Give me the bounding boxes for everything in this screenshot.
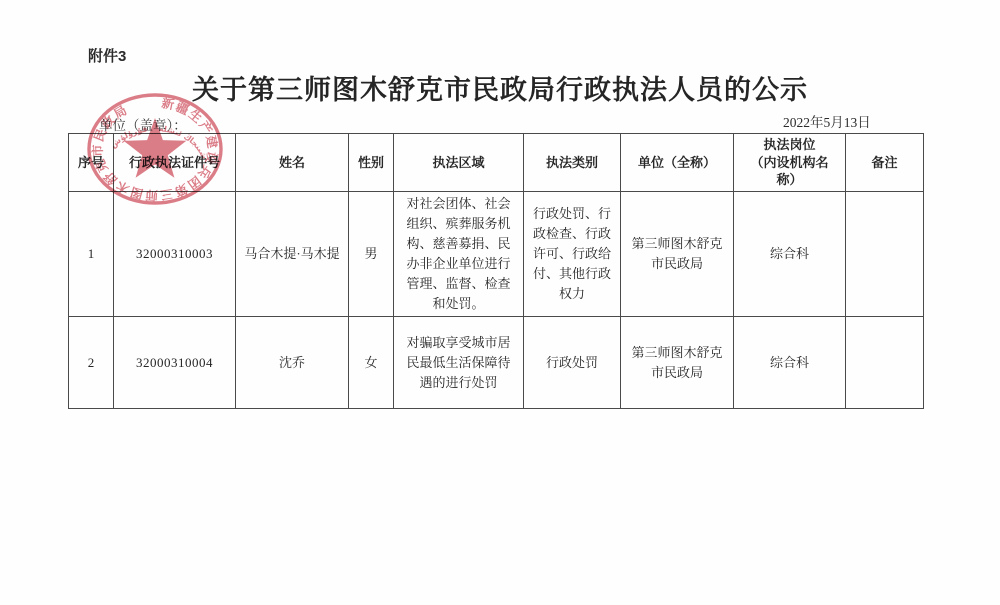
cell-unit-full-name: 第三师图木舒克市民政局 <box>621 317 734 409</box>
cell-enforcement-area: 对社会团体、社会组织、殡葬服务机构、慈善募捐、民办非企业单位进行管理、监督、检查… <box>394 191 524 317</box>
table-row: 2 32000310004 沈乔 女 对骗取享受城市居民最低生活保障待遇的进行处… <box>69 317 924 409</box>
header-enforcement-post: 执法岗位 （内设机构名称） <box>734 134 846 192</box>
cell-remarks <box>846 317 924 409</box>
cell-serial-number: 2 <box>69 317 114 409</box>
unit-seal-label: 单位（盖章）： <box>99 114 187 134</box>
cell-gender: 男 <box>349 191 394 317</box>
cell-enforcement-category: 行政处罚、行政检查、行政许可、行政给付、其他行政权力 <box>524 191 621 317</box>
document-page: 附件3 关于第三师图木舒克市民政局行政执法人员的公示 单位（盖章）： 2022年… <box>0 0 1000 605</box>
cell-enforcement-post: 综合科 <box>734 317 846 409</box>
cell-gender: 女 <box>349 317 394 409</box>
cell-name: 沈乔 <box>236 317 349 409</box>
page-title: 关于第三师图木舒克市民政局行政执法人员的公示 <box>0 68 1000 107</box>
header-gender: 性别 <box>349 134 394 192</box>
cell-enforcement-area: 对骗取享受城市居民最低生活保障待遇的进行处罚 <box>394 317 524 409</box>
cell-enforcement-category: 行政处罚 <box>524 317 621 409</box>
table-row: 1 32000310003 马合木提·马木提 男 对社会团体、社会组织、殡葬服务… <box>69 191 924 317</box>
attachment-label: 附件3 <box>88 45 126 66</box>
header-serial-number: 序号 <box>69 134 114 192</box>
document-date: 2022年5月13日 <box>783 111 871 131</box>
header-unit-full-name: 单位（全称） <box>621 134 734 192</box>
header-enforcement-area: 执法区域 <box>394 134 524 192</box>
table-header-row: 序号 行政执法证件号 姓名 性别 执法区域 执法类别 单位（全称） 执法岗位 （… <box>69 134 924 192</box>
cell-unit-full-name: 第三师图木舒克市民政局 <box>621 191 734 317</box>
law-enforcement-roster-table: 序号 行政执法证件号 姓名 性别 执法区域 执法类别 单位（全称） 执法岗位 （… <box>68 133 924 409</box>
header-name: 姓名 <box>236 134 349 192</box>
header-remarks: 备注 <box>846 134 924 192</box>
cell-remarks <box>846 191 924 317</box>
header-enforcement-category: 执法类别 <box>524 134 621 192</box>
cell-certificate-number: 32000310004 <box>114 317 236 409</box>
header-certificate-number: 行政执法证件号 <box>114 134 236 192</box>
cell-name: 马合木提·马木提 <box>236 191 349 317</box>
cell-enforcement-post: 综合科 <box>734 191 846 317</box>
cell-certificate-number: 32000310003 <box>114 191 236 317</box>
cell-serial-number: 1 <box>69 191 114 317</box>
